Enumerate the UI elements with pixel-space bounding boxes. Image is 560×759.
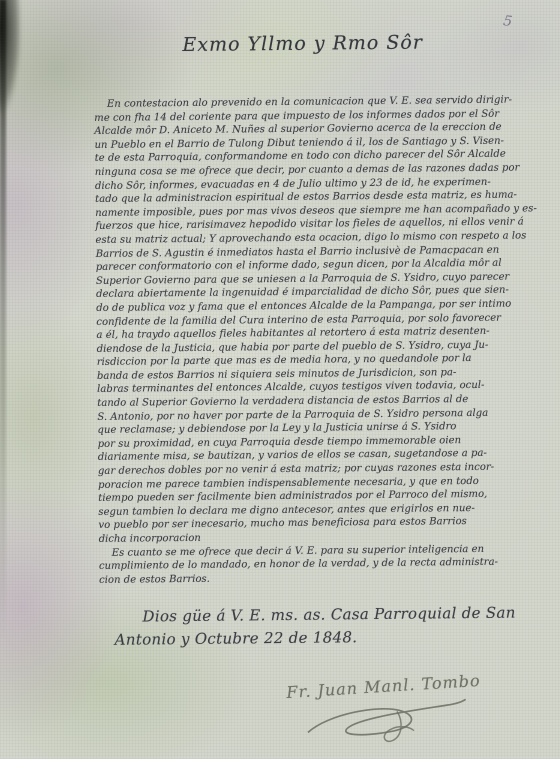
letter-closing-line2: Antonio y Octubre 22 de 1848. — [115, 628, 358, 649]
letter-salutation: Exmo Yllmo y Rmo Sôr — [182, 31, 423, 56]
manuscript-ink-layer: 5 Exmo Yllmo y Rmo Sôr En contestacion a… — [0, 0, 560, 759]
document-page: 5 Exmo Yllmo y Rmo Sôr En contestacion a… — [0, 0, 560, 759]
letter-body: En contestacion alo prevenido en la comu… — [94, 93, 555, 587]
page-number: 5 — [502, 13, 513, 30]
signature-flourish-icon — [301, 695, 471, 751]
letter-closing-line1: Dios güe á V. E. ms. as. Casa Parroquial… — [142, 604, 515, 626]
